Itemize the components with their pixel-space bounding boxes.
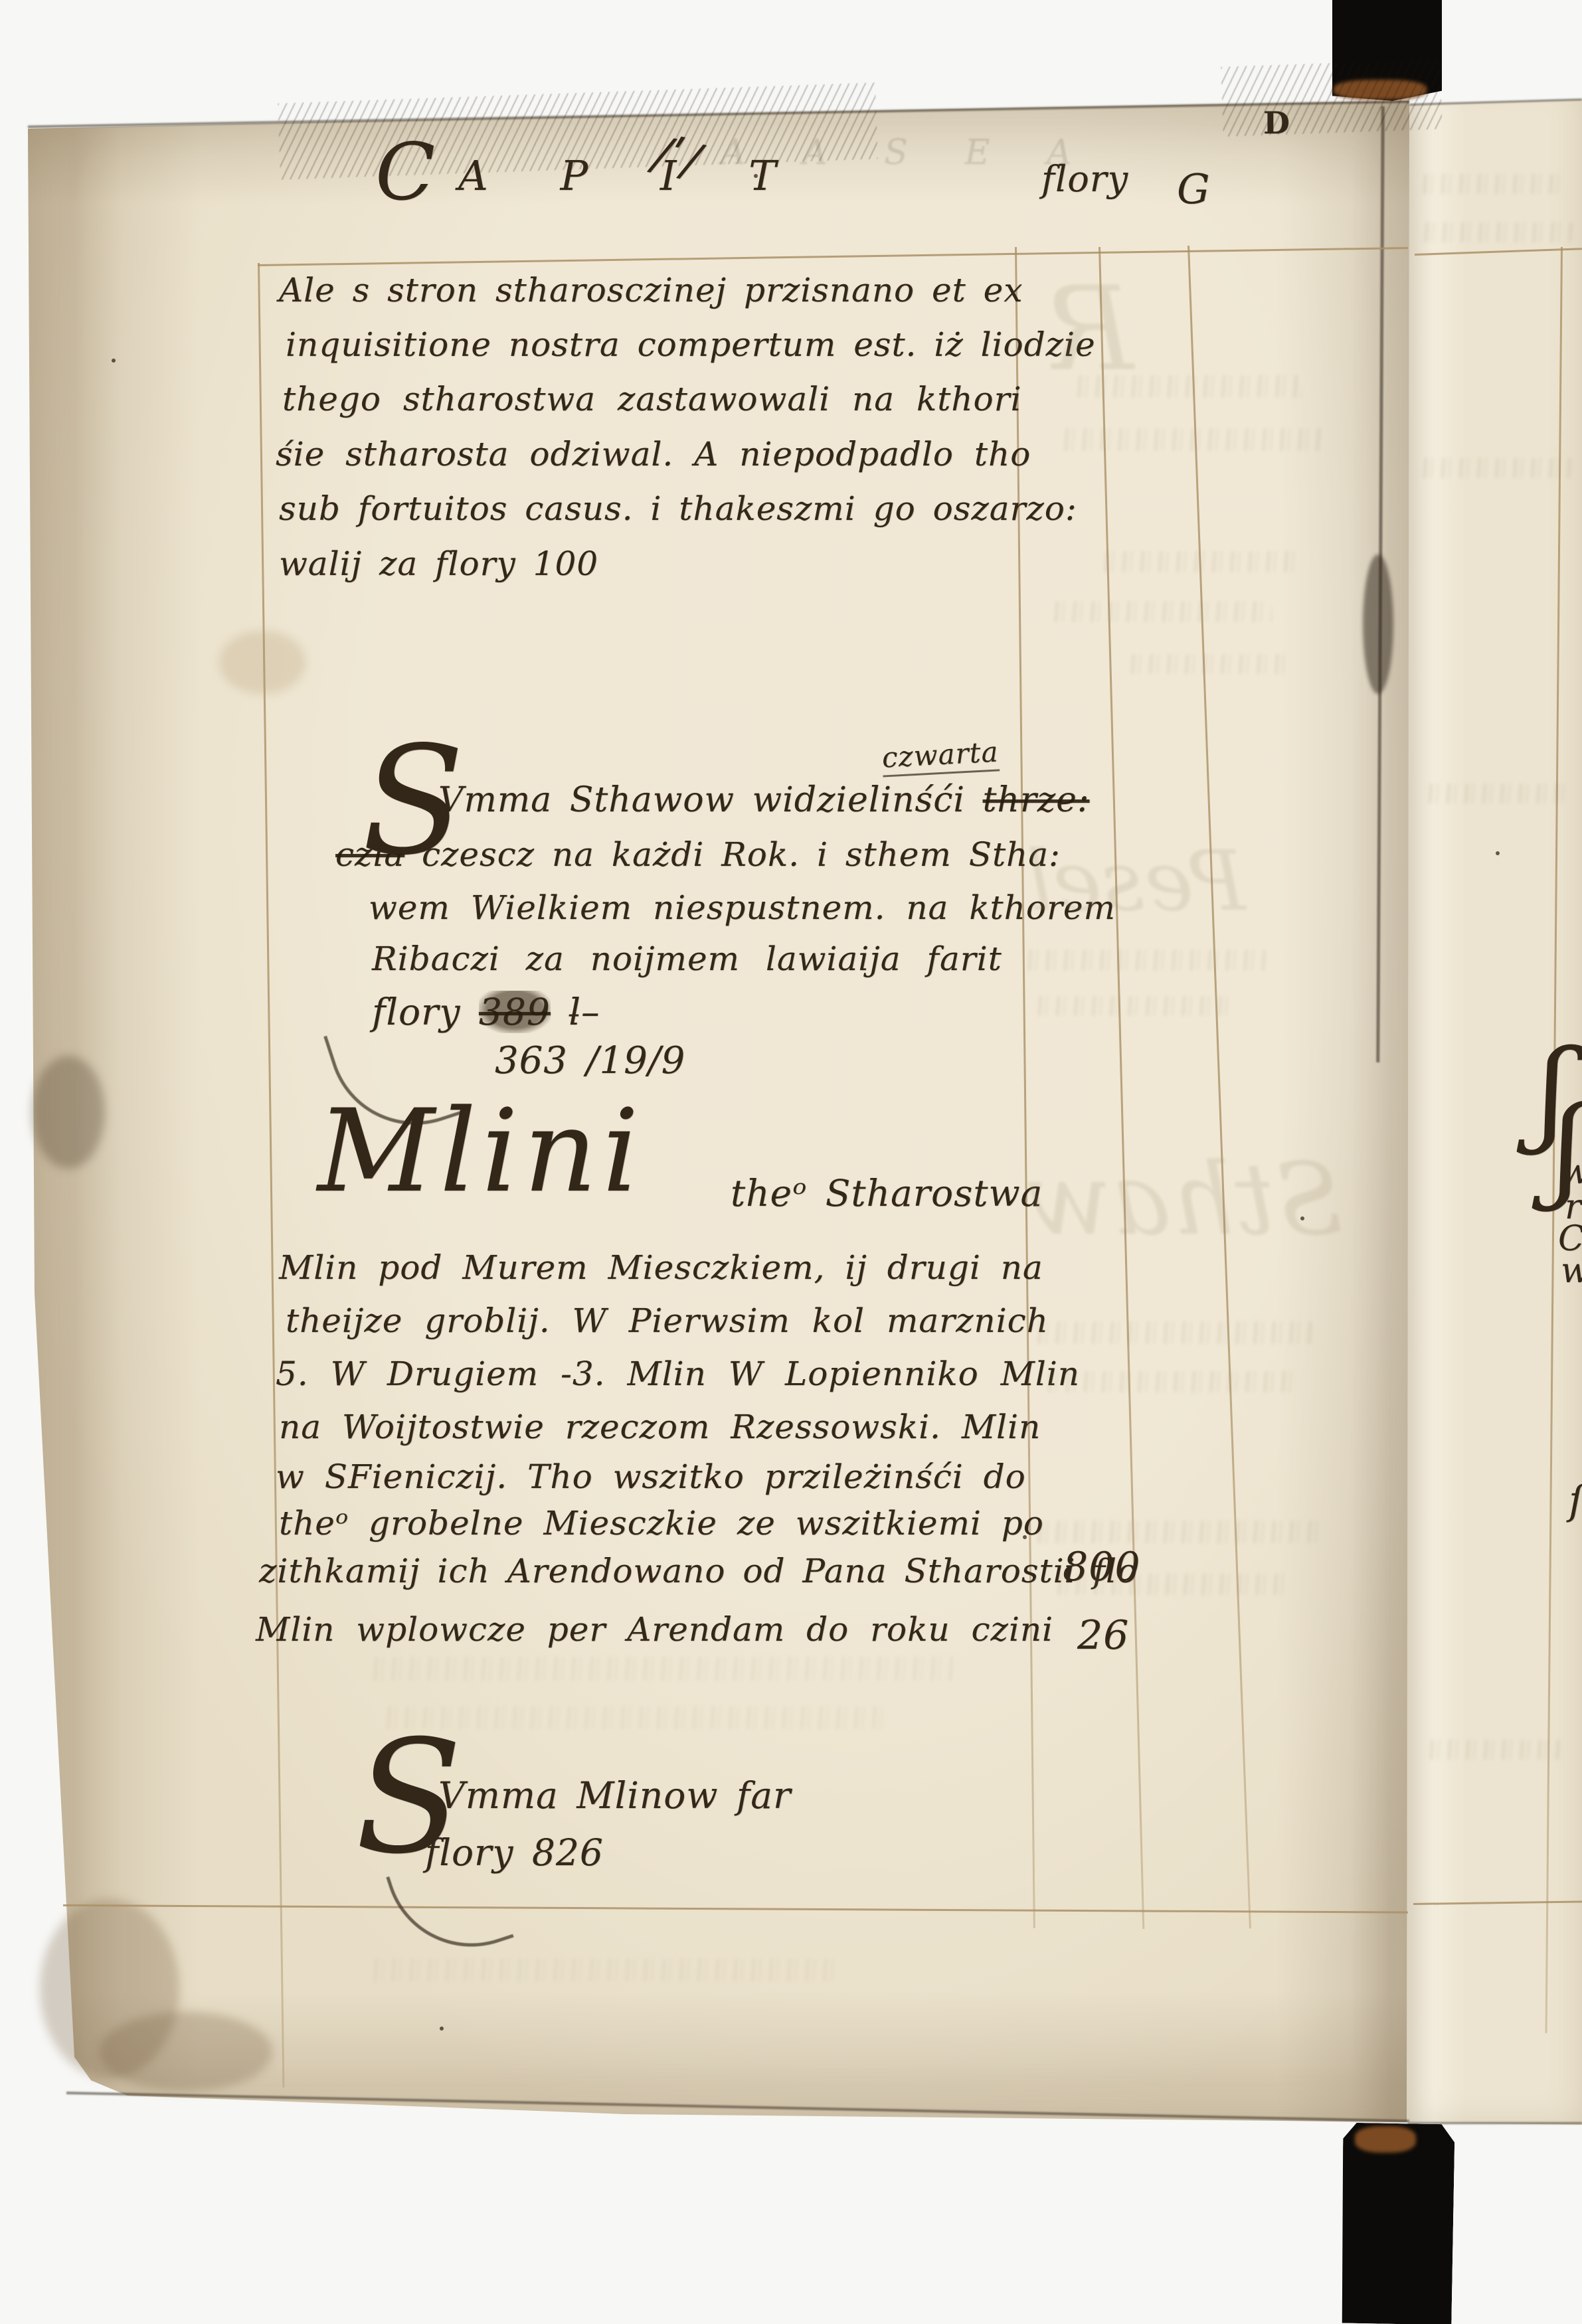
ink-speck (112, 359, 116, 363)
intro-line: thego stharostwa zastawowali na kthori (282, 380, 1022, 418)
bleedthrough-line (1053, 601, 1272, 622)
page-title-initial: C (375, 126, 436, 218)
right-page-bottom-edge (1408, 2122, 1582, 2124)
summa-stawow-line: Vmma Sthawow widzielinśći thrze: (438, 780, 1089, 820)
section-heading-suffix: theᵒ Stharostwa (731, 1172, 1043, 1214)
header-ghost-caps: A A S E A (721, 133, 1091, 173)
bleedthrough-line (372, 1657, 956, 1681)
corrected-amount: 363 /19/9 (495, 1039, 685, 1082)
edge-fragment: ſ (1569, 1477, 1582, 1524)
ink-speck (440, 2027, 444, 2031)
bleedthrough-line (1036, 996, 1235, 1016)
summa-stawow-line: wem Wielkiem niespustnem. na kthorem (369, 888, 1116, 927)
intro-line: sub fortuitos casus. i thakeszmi go osza… (279, 489, 1077, 528)
bleedthrough-line (1056, 1574, 1288, 1595)
intro-line: walij za flory 100 (279, 544, 598, 583)
intro-line: Ale s stron stharosczinej przisnano et e… (279, 271, 1023, 309)
struck-word: thrze: (983, 780, 1090, 820)
mlini-line: theijze groblij. W Pierwsim kol marznich (286, 1301, 1049, 1340)
edge-fragment: w (1561, 1152, 1582, 1192)
mlini-line: theᵒ grobelne Miesczkie ze wszitkiemi po (279, 1504, 1044, 1542)
struck-word: czia (335, 835, 404, 874)
summa-stawow-line: Ribaczi za noijmem lawiaija farit (372, 940, 1002, 978)
bleedthrough-line (1046, 1371, 1298, 1392)
total-amount: 826 (532, 1831, 604, 1874)
edge-fragment: w (1561, 1251, 1582, 1291)
summa-stawow-line: czia czescz na każdi Rok. i sthem Stha: (335, 835, 1061, 874)
column-header-flory: flory (1041, 158, 1128, 200)
bleedthrough-line (1428, 1740, 1561, 1760)
mlini-line: 5. W Drugiem -3. Mlin W Lopienniko Mlin (276, 1355, 1080, 1393)
insertion-word: czwarta (881, 735, 1000, 777)
gutter-stain (1363, 554, 1393, 694)
bleedthrough-line (1036, 1521, 1322, 1543)
bleedthrough-line (1421, 458, 1574, 478)
bleedthrough-line (1129, 654, 1288, 674)
bleedthrough-line (1423, 222, 1575, 242)
left-edge-stain (32, 1056, 105, 1169)
bleedthrough-word: Pesel (1026, 833, 1246, 930)
amount-plowcze: 26 (1077, 1612, 1129, 1659)
bleedthrough-line (385, 1706, 890, 1729)
mlini-line: zithkamij ich Arendowano od Pana Stharos… (259, 1552, 1138, 1590)
bleedthrough-line (1421, 174, 1567, 194)
bottom-left-stain-2 (100, 2012, 272, 2092)
top-right-scuff-marks (1221, 59, 1442, 136)
section-heading-mlini: Mlini (317, 1094, 644, 1208)
ink-speck (1496, 851, 1500, 855)
mlini-line: na Woijtostwie rzeczom Rzessowski. Mlin (279, 1408, 1041, 1446)
intro-line: śie stharosta odziwal. A niepodpadlo tho (276, 435, 1031, 473)
binding-leather-bottom (1355, 2126, 1416, 2153)
bleedthrough-line (1026, 950, 1265, 971)
summa-mlinow-line: Vmma Mlinow far (438, 1774, 791, 1817)
bleedthrough-line (1063, 428, 1322, 451)
column-header-denarii: D (1263, 105, 1290, 141)
bleedthrough-line (372, 1959, 837, 1981)
bleedthrough-line (1076, 375, 1302, 398)
intro-line: inquisitione nostra compertum est. iż li… (286, 325, 1096, 364)
mlini-line: w SFieniczij. Tho wszitko przileżinśći d… (276, 1457, 1026, 1496)
bleedthrough-line (1036, 1321, 1315, 1344)
manuscript-scan: C A P I T /ʹ/ A A S E A flory G D Ale s … (0, 0, 1582, 2324)
struck-amount: 389 (479, 991, 551, 1033)
bleedthrough-word: Sthaw (1026, 1142, 1343, 1258)
summa-stawow-text: Vmma Sthawow widzielinśći (438, 780, 983, 820)
summa-stawow-text: czescz na każdi Rok. i sthem Stha: (404, 835, 1061, 874)
correction-mark: ƚ– (551, 991, 600, 1033)
mlini-line: Mlin wplowcze per Arendam do roku czini (256, 1610, 1053, 1649)
mlini-line: Mlin pod Murem Miesczkiem, ij drugi na (279, 1248, 1043, 1287)
bleedthrough-line (1102, 551, 1302, 572)
binding-strap-bottom (1340, 2123, 1454, 2324)
column-header-grossi: G (1177, 165, 1211, 213)
bleedthrough-line (1427, 784, 1569, 803)
